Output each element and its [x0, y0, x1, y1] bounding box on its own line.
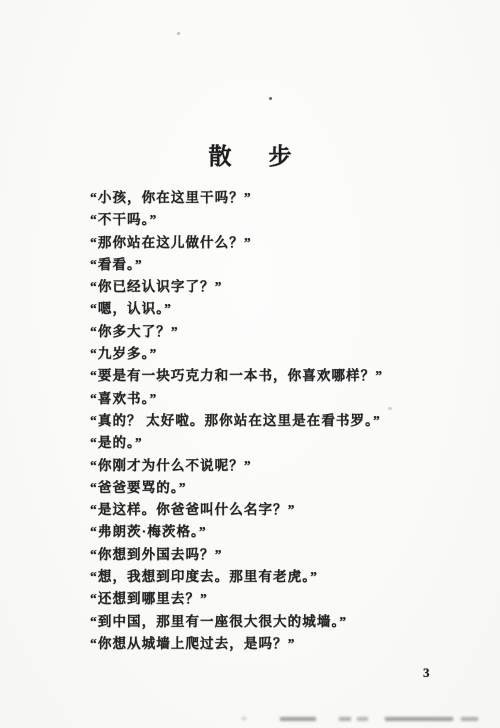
- dialogue-line: “那你站在这儿做什么？”: [90, 231, 460, 253]
- dialogue-line: “是的。”: [90, 431, 460, 453]
- dialogue-line: “弗朗茨·梅茨格。”: [90, 520, 460, 542]
- dialogue-line: “是这样。你爸爸叫什么名字？”: [90, 498, 460, 520]
- dialogue-line: “你想从城墙上爬过去，是吗？”: [90, 632, 460, 654]
- scan-speck: [177, 32, 180, 35]
- dialogue-line: “小孩，你在这里干吗？”: [90, 186, 460, 208]
- title-char-1: 散: [209, 138, 232, 171]
- dialogue-line: “你多大了？”: [90, 320, 460, 342]
- title-char-2: 步: [269, 138, 292, 171]
- dialogue-line: “你刚才为什么不说呢？”: [90, 454, 460, 476]
- dialogue-line: “爸爸要骂的。”: [90, 476, 460, 498]
- dialogue-line: “要是有一块巧克力和一本书，你喜欢哪样？”: [90, 364, 460, 386]
- dialogue-line: “你已经认识字了？”: [90, 275, 460, 297]
- dialogue-line: “想，我想到印度去。那里有老虎。”: [90, 565, 460, 587]
- dialogue-line: “你想到外国去吗？”: [90, 543, 460, 565]
- dialogue-line: “到中国，那里有一座很大很大的城墙。”: [90, 610, 460, 632]
- dialogue-text: “小孩，你在这里干吗？” “不干吗。” “那你站在这儿做什么？” “看看。” “…: [90, 186, 460, 654]
- dialogue-line: “不干吗。”: [90, 208, 460, 230]
- page-number: 3: [423, 665, 430, 681]
- dialogue-line: “还想到哪里去？”: [90, 587, 460, 609]
- dialogue-line: “九岁多。”: [90, 342, 460, 364]
- scan-speck: [269, 97, 272, 100]
- dialogue-line: “嗯，认识。”: [90, 297, 460, 319]
- page-title: 散 步: [0, 138, 500, 171]
- dialogue-line: “看看。”: [90, 253, 460, 275]
- book-page: 散 步 “小孩，你在这里干吗？” “不干吗。” “那你站在这儿做什么？” “看看…: [0, 0, 500, 728]
- dialogue-line: “喜欢书。”: [90, 387, 460, 409]
- dialogue-line: “真的？ 太好啦。那你站在这里是在看书罗。”: [90, 409, 460, 431]
